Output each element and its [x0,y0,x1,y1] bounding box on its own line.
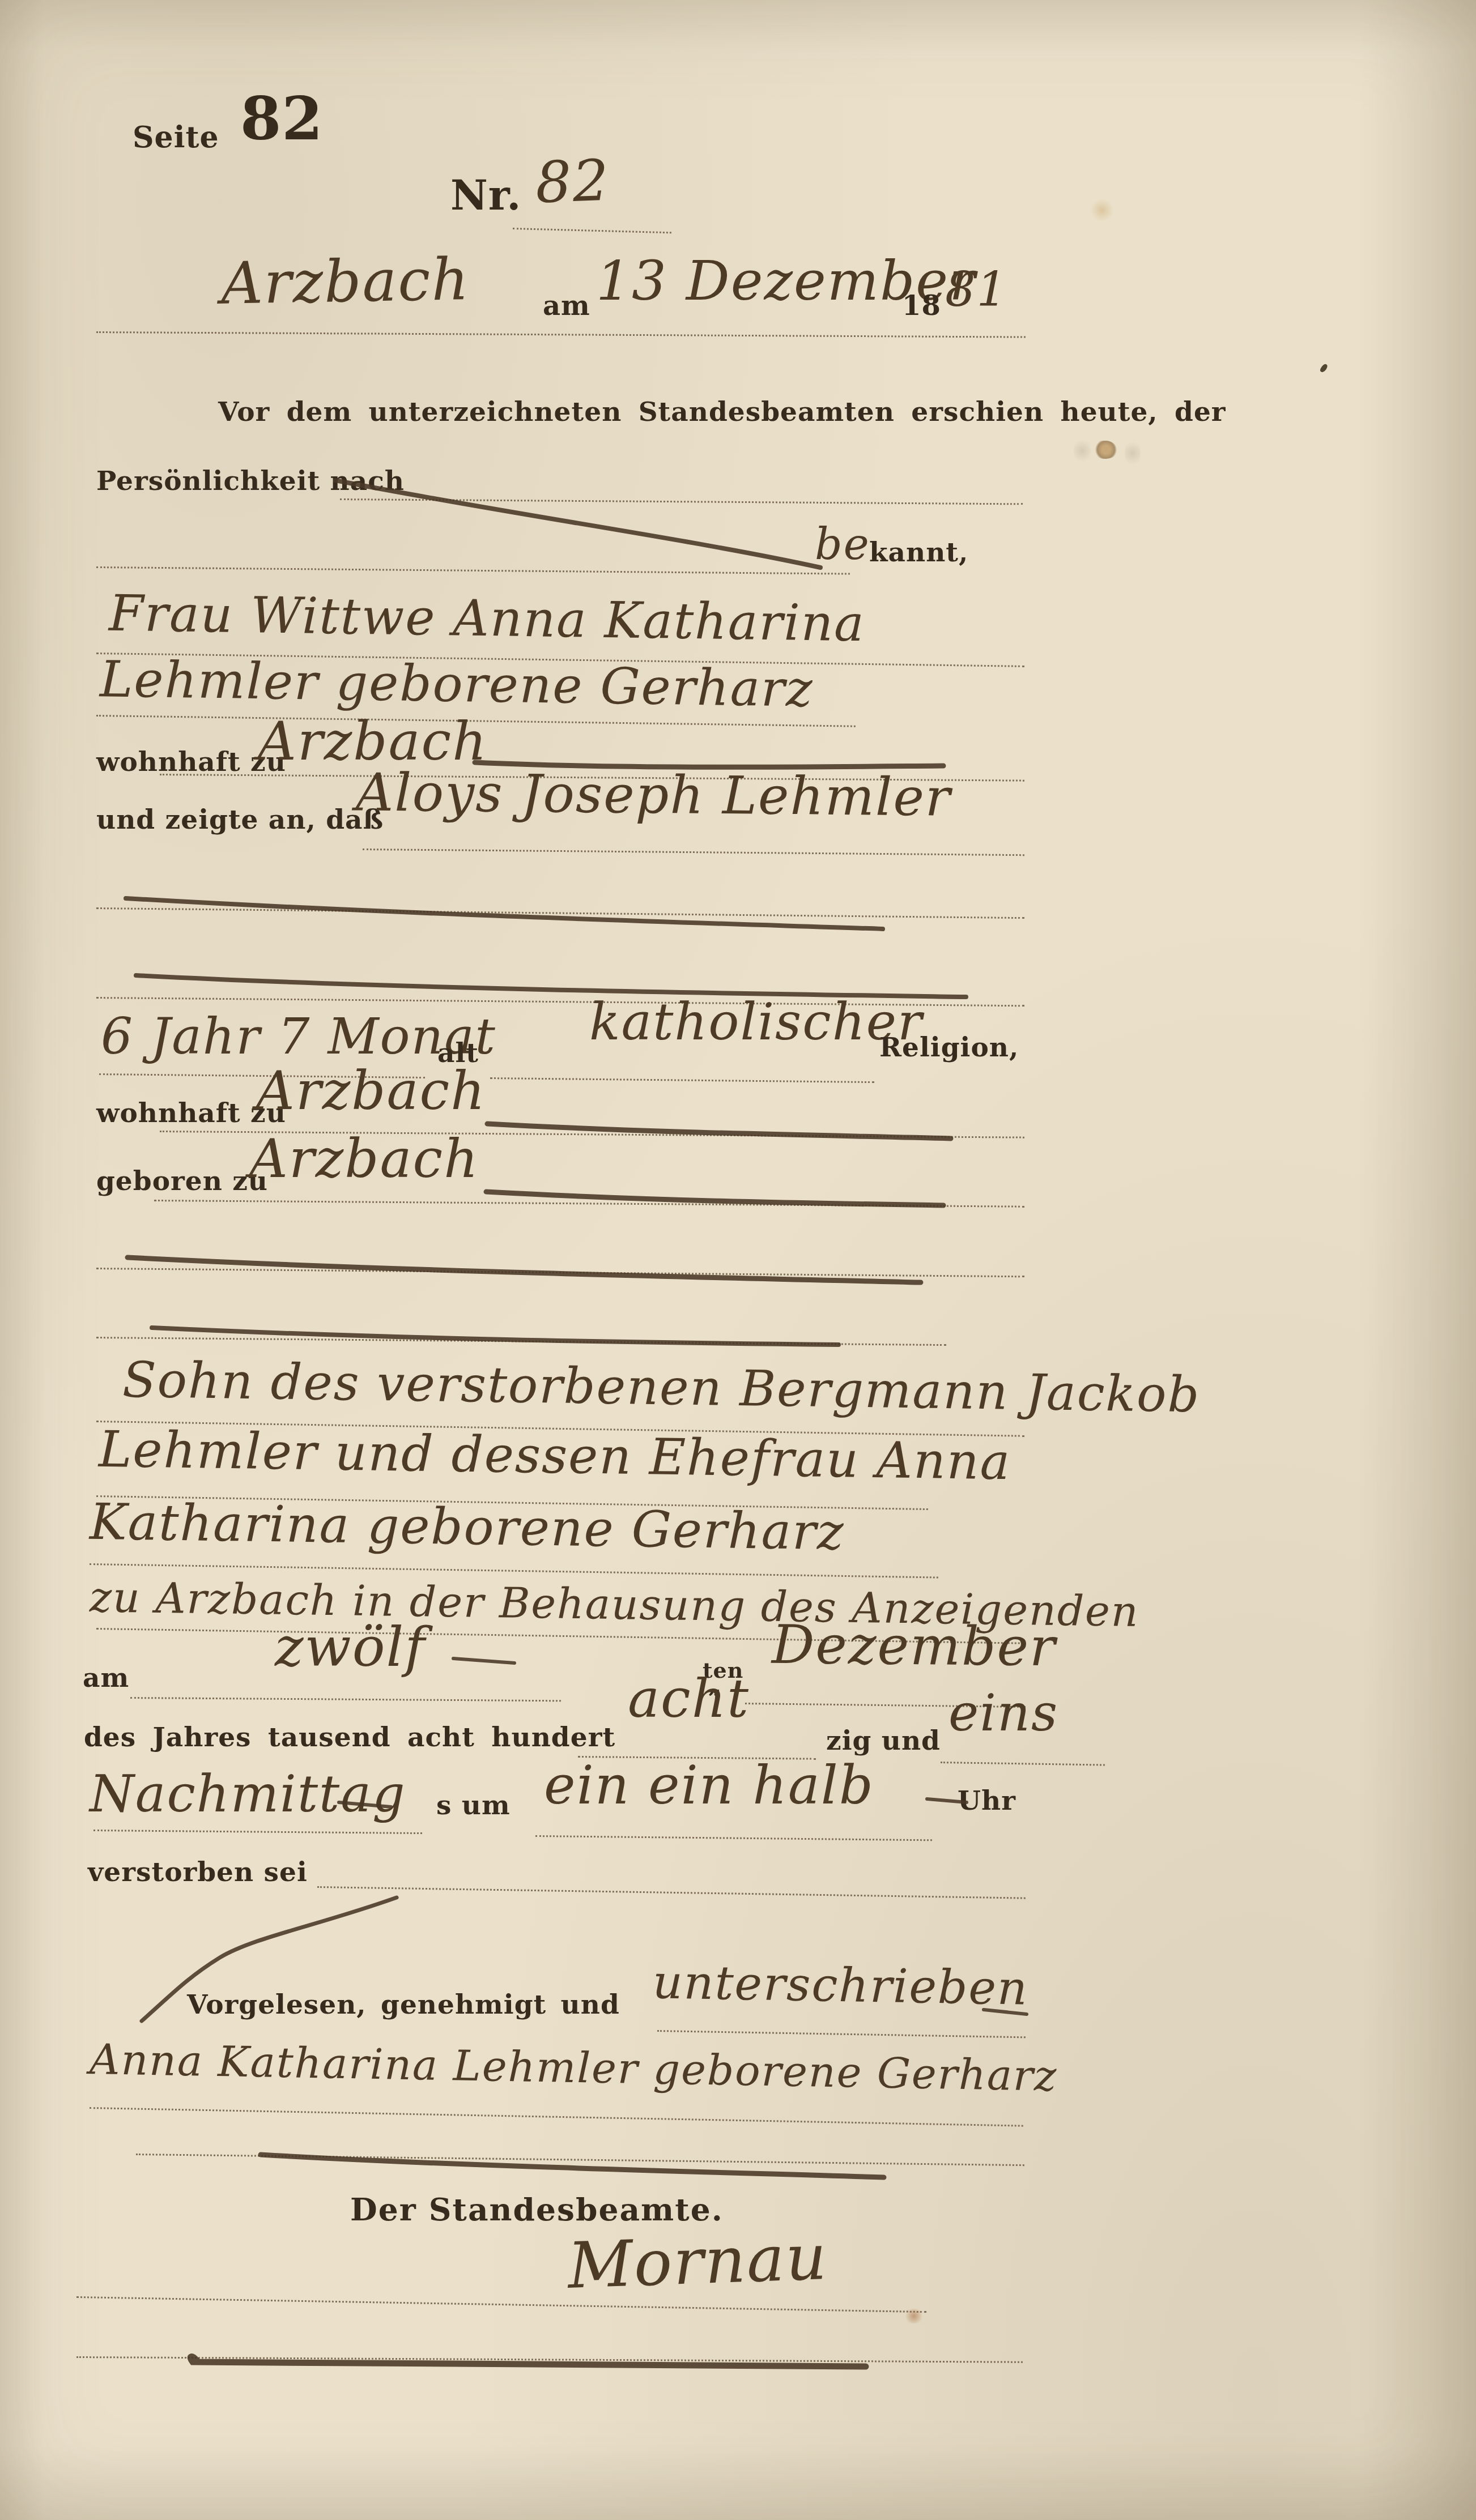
declarant-name-line1: Frau Wittwe Anna Katharina [108,584,865,653]
identity-rule-1 [340,498,1023,505]
page-number: 82 [240,84,324,153]
identity-rule-2 [96,566,850,575]
intro-line2: Persönlichkeit nach [96,466,405,497]
dateline-year: 81 [945,262,1008,317]
report-label: und zeigte an, daß [96,804,384,835]
declarant-name-line2: Lehmler geborene Gerharz [99,650,814,718]
paper-stain-smudge-left [1074,437,1091,464]
attestation-printed: Vorgelesen, genehmigt und [187,1989,620,2020]
dateline-rule [96,331,1026,338]
death-am-label: am [83,1662,129,1694]
daypart-rule [93,1830,422,1834]
register-page: Seite 82 Nr. 82 Arzbach am 13 Dezember 1… [0,0,1476,2520]
blank-rule-5 [136,2154,1024,2166]
registrar-signature: Mornau [567,2220,829,2303]
registrar-label: Der Standesbeamte. [350,2191,724,2228]
time-rule [535,1835,932,1841]
blank-rule-3 [96,1268,1024,1277]
record-number-line [513,228,671,233]
death-day-written: zwölf [275,1615,426,1679]
deceased-religion-value: katholischer [589,992,923,1052]
deceased-name: Aloys Joseph Lehmler [356,762,952,828]
page-side-label: Seite [133,120,219,155]
paper-stain-blot [1095,441,1117,459]
declarant-signature: Anna Katharina Lehmler geborene Gerharz [89,2035,1058,2101]
bottom-rule [76,2356,1023,2363]
parents-line1: Sohn des verstorbenen Bergmann Jackob [122,1351,1201,1424]
ink-strokes-overlay [0,0,1476,2520]
blank-rule-1 [96,907,1024,919]
deceased-name-rule [363,848,1024,856]
dateline-century: 18 [902,290,941,322]
dateline-am-label: am [543,290,590,322]
record-number-label: Nr. [450,171,521,219]
pen-stroke-blank5-crossout [261,2155,884,2177]
attestation-written: unterschrieben [652,1955,1028,2016]
identity-be-written: be [815,519,870,569]
pen-stroke-blank1-crossout [126,898,883,929]
death-um-label: s um [436,1790,511,1821]
death-closing: verstorben sei [88,1857,308,1888]
death-year-zig-und: zig und [826,1725,941,1756]
deceased-birthplace-label: geboren zu [96,1166,268,1197]
death-daypart-written: Nachmittag [90,1764,406,1824]
death-day-rule [130,1697,561,1702]
death-time-written: ein ein halb [544,1755,874,1817]
parents-line3: Katharina geborene Gerharz [89,1493,845,1562]
death-year-ones: eins [948,1683,1058,1743]
religion-rule [490,1077,874,1083]
paper-speck-dark [1319,363,1329,373]
dateline-place: Arzbach [220,246,470,318]
year-ones-rule [941,1762,1105,1766]
pen-stroke-identity-crossout [335,480,820,568]
record-number-value: 82 [534,147,611,216]
identity-kannt-printed: kannt, [869,537,968,568]
closing-rule [317,1886,1026,1899]
death-year-tens: acht [628,1668,750,1730]
death-month-written: Dezember [772,1614,1057,1678]
intro-line1: Vor dem unterzeichneten Standesbeamten e… [218,396,1226,428]
deceased-birthplace-value: Arzbach [249,1128,479,1190]
death-year-prefix: des Jahres tausend acht hundert [84,1722,615,1753]
attestation-rule [657,2030,1026,2038]
paper-stain-yellow [1089,199,1115,221]
declarant-signature-rule [90,2107,1023,2127]
deceased-birthplace-rule [154,1200,1024,1208]
paper-stain-smudge-right [1125,439,1141,467]
deceased-residence-value: Arzbach [256,1060,486,1122]
deceased-religion-label: Religion, [879,1032,1019,1063]
parents-line2: Lehmler und dessen Ehefrau Anna [98,1420,1011,1491]
registrar-signature-rule [76,2296,926,2313]
blank-rule-4 [96,1337,946,1346]
pen-stroke-day-dash [453,1658,514,1663]
death-uhr-label: Uhr [958,1785,1016,1817]
page-vignette [0,0,1476,2520]
